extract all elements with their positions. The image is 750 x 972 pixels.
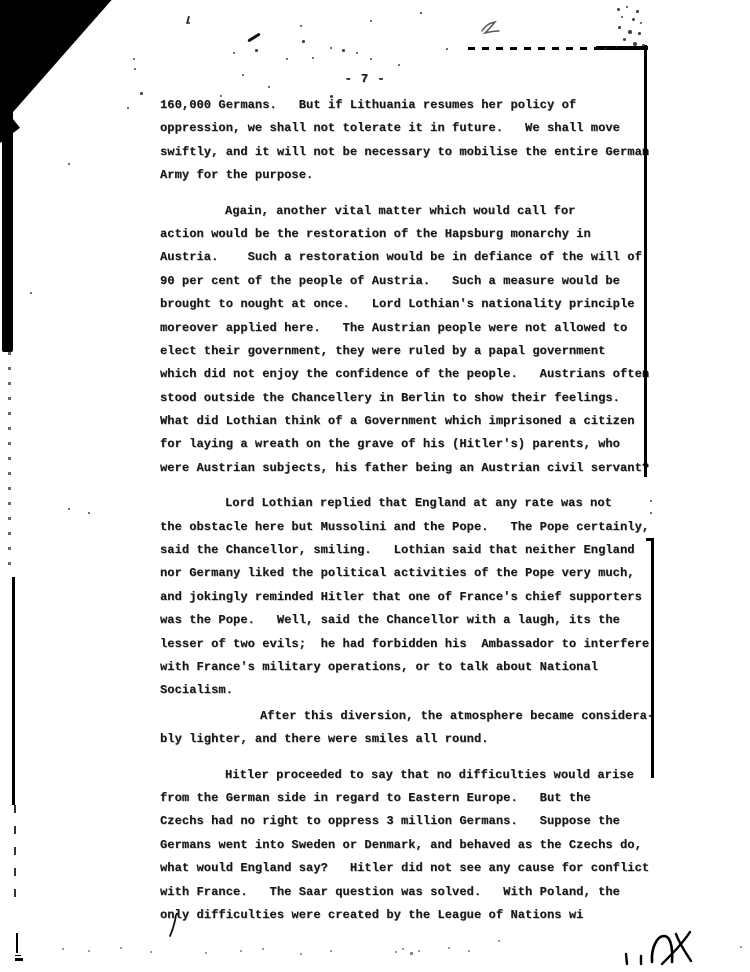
crease-dashed-line [468,47,598,50]
text-line: After this diversion, the atmosphere bec… [160,705,720,728]
text-line: 90 per cent of the people of Austria. Su… [160,270,720,293]
text-line: from the German side in regard to Easter… [160,787,720,810]
scan-speck [134,68,136,70]
text-line: moreover applied here. The Austrian peop… [160,317,720,340]
scan-speck [636,10,639,13]
scan-speck [88,512,90,514]
scan-speck [342,49,345,52]
scan-speck [188,22,190,24]
left-scan-edge [2,96,13,352]
text-line: with France. The Saar question was solve… [160,881,720,904]
scan-speck [740,946,742,948]
scan-speck [68,508,70,510]
scan-speck [402,948,404,950]
scan-speck [370,20,372,22]
scan-speck [220,95,222,97]
right-margin-line-lower [651,538,654,778]
text-line: stood outside the Chancellery in Berlin … [160,387,720,410]
scan-speck [650,500,652,502]
text-line: brought to nought at once. Lord Lothian'… [160,293,720,316]
text-line: Germans went into Sweden or Denmark, and… [160,834,720,857]
scan-speck [233,52,235,54]
text-line: oppression, we shall not tolerate it in … [160,117,720,140]
scan-speck [498,940,500,942]
scan-speck [618,26,621,29]
scan-speck [623,38,626,41]
left-scan-edge-dotted [8,352,11,577]
scan-speck [300,25,302,27]
scan-speck [255,49,258,52]
scan-speck [120,947,122,949]
text-line: bly lighter, and there were smiles all r… [160,728,720,751]
text-line: lesser of two evils; he had forbidden hi… [160,633,720,656]
scan-speck [268,86,270,88]
scan-speck [418,950,420,952]
scan-speck [398,64,400,66]
scan-speck [632,18,635,21]
scan-speck [88,950,90,952]
scan-speck [370,58,372,60]
text-line: swiftly, and it will not be necessary to… [160,141,720,164]
scan-speck [395,951,397,953]
scan-speck [640,22,642,24]
scan-speck [302,40,305,43]
text-line: what would England say? Hitler did not s… [160,857,720,880]
scan-speck [604,47,607,50]
scan-speck [127,107,129,109]
corner-fold-artifact [0,0,120,135]
text-line: Again, another vital matter which would … [160,200,720,223]
scan-speck [628,30,632,34]
scan-speck [420,12,422,14]
scan-speck [242,74,244,76]
scan-speck [30,292,32,294]
scan-speck [140,92,143,95]
text-line: Army for the purpose. [160,164,720,187]
text-line: with France's military operations, or to… [160,656,720,679]
text-line: Austria. Such a restoration would be in … [160,246,720,269]
handwritten-scribble [600,920,710,970]
scan-speck [638,32,641,35]
scan-speck [62,948,64,950]
text-line: Socialism. [160,679,720,702]
text-line: nor Germany liked the political activiti… [160,562,720,585]
left-scan-edge-dashed [14,805,16,905]
scan-speck [356,52,358,54]
scan-speck [240,950,242,952]
scan-speck [312,57,314,59]
text-line: said the Chancellor, smiling. Lothian sa… [160,539,720,562]
text-line: 160,000 Germans. But if Lithuania resume… [160,94,720,117]
scan-speck [448,947,450,949]
small-handwritten-mark [166,912,184,940]
scan-speck [410,952,413,955]
text-line: Hitler proceeded to say that no difficul… [160,764,720,787]
right-margin-line-upper [644,45,647,477]
pencil-stroke [247,33,260,43]
scan-speck [626,6,628,8]
scan-speck [330,47,332,49]
text-line: Lord Lothian replied that England at any… [160,492,720,515]
left-scan-edge-dash [16,933,18,953]
text-line: which did not enjoy the confidence of th… [160,363,720,386]
left-scan-edge-foot [15,958,23,961]
scan-speck [468,950,470,952]
scan-speck [642,44,645,47]
left-scan-edge-thin [12,577,15,805]
scan-speck [633,42,637,46]
scan-speck [300,953,302,955]
scan-speck [133,58,135,60]
pencil-squiggle [478,18,506,40]
scan-speck [68,163,70,165]
text-line: and jokingly reminded Hitler that one of… [160,586,720,609]
text-line: was the Pope. Well, said the Chancellor … [160,609,720,632]
scan-speck [286,58,288,60]
scan-speck [617,8,620,11]
scan-speck [330,95,333,98]
scan-speck [621,16,623,18]
document-body: 160,000 Germans. But if Lithuania resume… [160,94,720,927]
page-number: - 7 - [330,72,400,86]
text-line: What did Lothian think of a Government w… [160,410,720,433]
text-line: were Austrian subjects, his father being… [160,457,720,480]
scan-speck [262,948,264,950]
text-line: Czechs had no right to oppress 3 million… [160,810,720,833]
scan-speck [446,48,448,50]
scan-speck [330,950,332,952]
scan-speck [650,512,652,514]
text-line: action would be the restoration of the H… [160,223,720,246]
text-line: for laying a wreath on the grave of his … [160,433,720,456]
text-line: elect their government, they were ruled … [160,340,720,363]
scan-speck [616,46,618,48]
scanned-page: - 7 - 160,000 Germans. But if Lithuania … [0,0,750,972]
scan-speck [150,951,152,953]
text-line: the obstacle here but Mussolini and the … [160,516,720,539]
scan-speck [205,952,207,954]
